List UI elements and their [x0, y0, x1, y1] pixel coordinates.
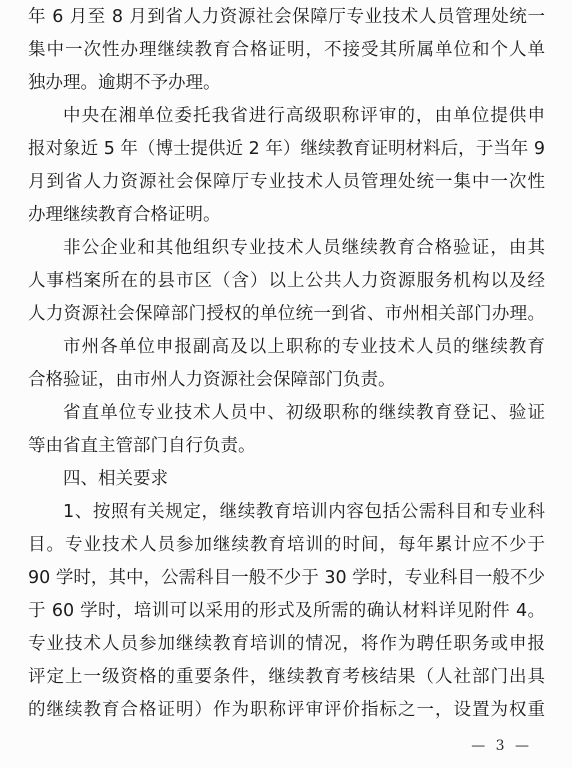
section-heading: 四、相关要求 — [28, 463, 545, 496]
text-line: 中央在湘单位委托我省进行高级职称评审的，由单位提供申 — [28, 100, 545, 133]
text-line: 人事档案所在的县市区（含）以上公共人力资源服务机构以及经 — [28, 265, 545, 298]
document-page: 年 6 月至 8 月到省人力资源社会保障厅专业技术人员管理处统一 集中一次性办理… — [0, 0, 572, 768]
text-line: 的继续教育合格证明）作为职称评审评价指标之一，设置为权重 — [28, 694, 545, 727]
text-line: 1、按照有关规定，继续教育培训内容包括公需科目和专业科 — [28, 496, 545, 529]
text-line: 独办理。逾期不予办理。 — [28, 67, 545, 100]
page-number: — 3 — — [471, 738, 532, 754]
text-line: 于 60 学时，培训可以采用的形式及所需的确认材料详见附件 4。 — [28, 595, 545, 628]
document-body: 年 6 月至 8 月到省人力资源社会保障厅专业技术人员管理处统一 集中一次性办理… — [28, 1, 545, 727]
text-line: 非公企业和其他组织专业技术人员继续教育合格验证，由其 — [28, 232, 545, 265]
text-line: 90 学时，其中，公需科目一般不少于 30 学时，专业科目一般不少 — [28, 562, 545, 595]
text-line: 办理继续教育合格证明。 — [28, 199, 545, 232]
text-line: 集中一次性办理继续教育合格证明，不接受其所属单位和个人单 — [28, 34, 545, 67]
text-line: 省直单位专业技术人员中、初级职称的继续教育登记、验证 — [28, 397, 545, 430]
text-line: 市州各单位申报副高及以上职称的专业技术人员的继续教育 — [28, 331, 545, 364]
text-line: 专业技术人员参加继续教育培训的情况，将作为聘任职务或申报 — [28, 628, 545, 661]
text-line: 报对象近 5 年（博士提供近 2 年）继续教育证明材料后，于当年 9 — [28, 133, 545, 166]
text-line: 评定上一级资格的重要条件，继续教育考核结果（人社部门出具 — [28, 661, 545, 694]
text-line: 人力资源社会保障部门授权的单位统一到省、市州相关部门办理。 — [28, 298, 545, 331]
text-line: 月到省人力资源社会保障厅专业技术人员管理处统一集中一次性 — [28, 166, 545, 199]
text-line: 合格验证，由市州人力资源社会保障部门负责。 — [28, 364, 545, 397]
text-line: 年 6 月至 8 月到省人力资源社会保障厅专业技术人员管理处统一 — [28, 1, 545, 34]
text-line: 等由省直主管部门自行负责。 — [28, 430, 545, 463]
text-line: 目。专业技术人员参加继续教育培训的时间，每年累计应不少于 — [28, 529, 545, 562]
